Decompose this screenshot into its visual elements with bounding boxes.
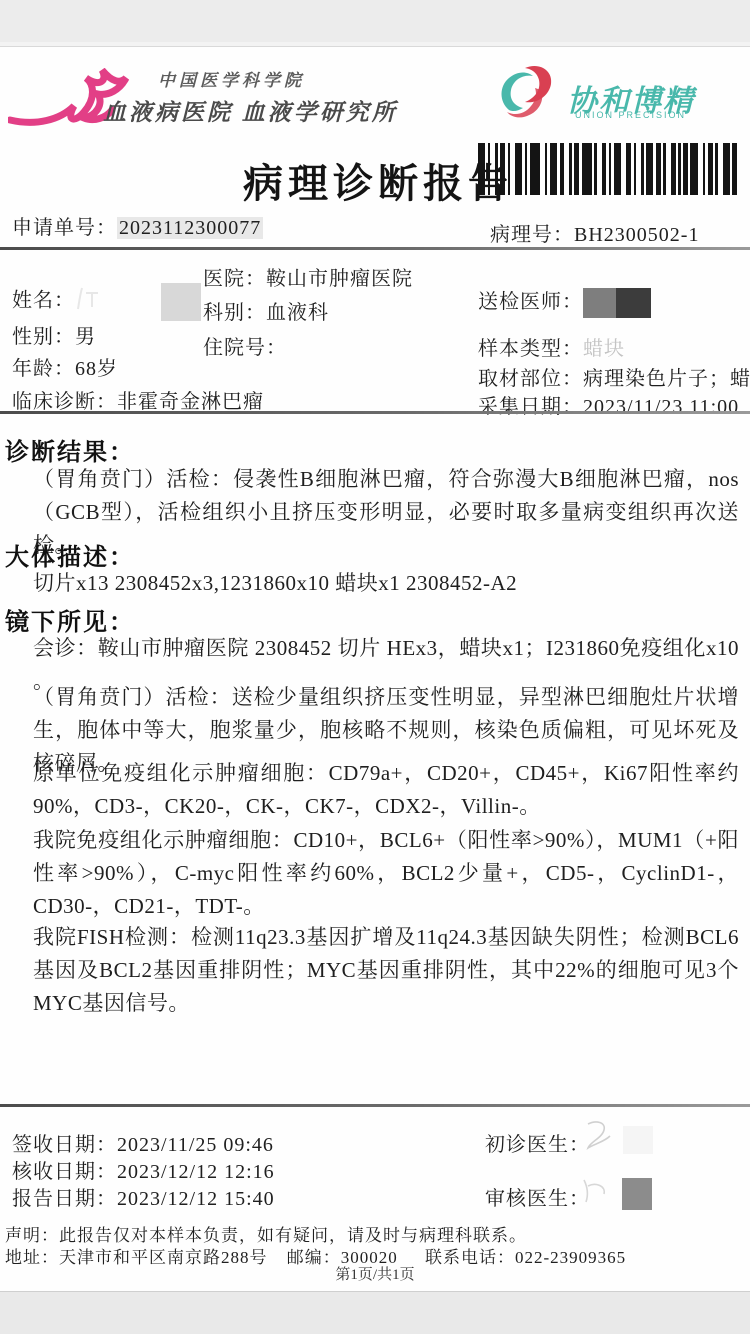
section-heading-diagnosis: 诊断结果： bbox=[5, 432, 135, 467]
clinical-diagnosis-value: 非霍奇金淋巴瘤 bbox=[117, 391, 264, 413]
report-date-value: 2023/12/12 15:40 bbox=[117, 1188, 275, 1210]
field-collect-date: 采集日期：2023/11/23 11:00 bbox=[478, 390, 739, 419]
gross-paragraph: 切片x13 2308452x3,1231860x10 蜡块x1 2308452-… bbox=[33, 567, 739, 600]
report-date-label: 报告日期： bbox=[12, 1188, 117, 1210]
review-doctor-redaction-box bbox=[622, 1178, 652, 1210]
institute-logo: 中国医学科学院 血液病医院 血液学研究所 bbox=[8, 60, 398, 140]
application-number-label: 申请单号： bbox=[12, 217, 117, 239]
check-date-label: 核收日期： bbox=[12, 1161, 117, 1183]
sample-type-label: 样本类型： bbox=[478, 338, 583, 360]
institute-name-line1: 中国医学科学院 bbox=[158, 66, 305, 91]
department-label: 科别： bbox=[203, 302, 266, 324]
hospital-label: 医院： bbox=[203, 268, 266, 290]
barcode-icon bbox=[478, 143, 738, 195]
red-teal-swirl-icon bbox=[495, 60, 565, 130]
field-sign-date: 签收日期：2023/11/25 09:46 bbox=[12, 1128, 274, 1157]
sampling-site-label: 取材部位： bbox=[478, 368, 583, 390]
pathology-number-value: BH2300502-1 bbox=[574, 224, 699, 246]
scan-top-band bbox=[0, 0, 750, 46]
micro-paragraph-ihc-ours: 我院免疫组化示肿瘤细胞：CD10+，BCL6+（阳性率>90%），MUM1（+阳… bbox=[33, 824, 739, 923]
micro-paragraph-fish: 我院FISH检测：检测11q23.3基因扩增及11q24.3基因缺失阴性；检测B… bbox=[33, 921, 739, 1020]
physician-redaction-box-left bbox=[583, 288, 616, 318]
union-precision-en: UNION PRECISION bbox=[575, 110, 686, 120]
page-title: 病理诊断报告 bbox=[243, 152, 513, 209]
divider bbox=[0, 247, 750, 250]
pathology-report-page: 中国医学科学院 血液病医院 血液学研究所 协和博精 UNION PRECISIO… bbox=[0, 0, 750, 1334]
check-date-value: 2023/12/12 12:16 bbox=[117, 1161, 275, 1183]
review-doctor-signature bbox=[578, 1174, 618, 1208]
review-doctor-label: 审核医生： bbox=[485, 1188, 590, 1210]
field-check-date: 核收日期：2023/12/12 12:16 bbox=[12, 1155, 275, 1184]
application-number-value: 2023112300077 bbox=[117, 217, 263, 239]
collect-date-label: 采集日期： bbox=[478, 396, 583, 418]
field-clinical-diagnosis: 临床诊断：非霍奇金淋巴瘤 bbox=[12, 385, 264, 414]
scan-bottom-band bbox=[0, 1292, 750, 1334]
field-name: 姓名： bbox=[12, 283, 201, 321]
age-value: 68岁 bbox=[75, 358, 118, 380]
pathology-number-label: 病理号： bbox=[490, 224, 574, 246]
pathology-number-field: 病理号：BH2300502-1 bbox=[490, 218, 699, 247]
institute-name-line2: 血液病医院 血液学研究所 bbox=[103, 94, 398, 127]
department-value: 血液科 bbox=[266, 302, 329, 324]
age-label: 年龄： bbox=[12, 358, 75, 380]
field-initial-doctor: 初诊医生： bbox=[485, 1128, 590, 1157]
field-department: 科别：血液科 bbox=[203, 296, 329, 325]
micro-paragraph-ihc-original: 原单位免疫组化示肿瘤细胞：CD79a+，CD20+，CD45+，Ki67阳性率约… bbox=[33, 757, 739, 823]
field-sampling-site: 取材部位：病理染色片子；蜡块 bbox=[478, 362, 750, 391]
divider bbox=[0, 1104, 750, 1107]
divider bbox=[0, 411, 750, 414]
hospital-value: 鞍山市肿瘤医院 bbox=[266, 268, 413, 290]
field-sample-type: 样本类型：蜡块 bbox=[478, 332, 625, 361]
gender-value: 男 bbox=[75, 326, 96, 348]
initial-doctor-redaction-box bbox=[623, 1126, 653, 1154]
field-hospital: 医院：鞍山市肿瘤医院 bbox=[203, 262, 413, 291]
page-number: 第1页/共1页 bbox=[0, 1263, 750, 1284]
referring-physician-label: 送检医师： bbox=[478, 291, 583, 313]
field-gender: 性别：男 bbox=[12, 320, 96, 349]
application-number-field: 申请单号：2023112300077 bbox=[12, 211, 263, 240]
gender-label: 性别： bbox=[12, 326, 75, 348]
field-inpatient-no: 住院号： bbox=[203, 331, 287, 360]
sampling-site-value: 病理染色片子；蜡块 bbox=[583, 368, 750, 390]
field-age: 年龄：68岁 bbox=[12, 352, 118, 381]
name-faint-trace bbox=[74, 285, 104, 311]
field-referring-physician: 送检医师： bbox=[478, 285, 651, 318]
diagnosis-paragraph: （胃角贲门）活检：侵袭性B细胞淋巴瘤，符合弥漫大B细胞淋巴瘤，nos（GCB型）… bbox=[33, 463, 739, 562]
physician-redaction-box-right bbox=[616, 288, 651, 318]
name-redaction-box bbox=[161, 283, 201, 321]
initial-doctor-label: 初诊医生： bbox=[485, 1134, 590, 1156]
sign-date-value: 2023/11/25 09:46 bbox=[117, 1134, 274, 1156]
collect-date-value: 2023/11/23 11:00 bbox=[583, 396, 739, 418]
sample-type-value: 蜡块 bbox=[583, 338, 625, 360]
union-precision-logo: 协和博精 UNION PRECISION bbox=[495, 60, 735, 138]
initial-doctor-signature bbox=[580, 1118, 620, 1152]
sign-date-label: 签收日期： bbox=[12, 1134, 117, 1156]
inpatient-no-label: 住院号： bbox=[203, 337, 287, 359]
field-review-doctor: 审核医生： bbox=[485, 1182, 590, 1211]
name-label: 姓名： bbox=[12, 290, 75, 312]
field-report-date: 报告日期：2023/12/12 15:40 bbox=[12, 1182, 275, 1211]
clinical-diagnosis-label: 临床诊断： bbox=[12, 391, 117, 413]
